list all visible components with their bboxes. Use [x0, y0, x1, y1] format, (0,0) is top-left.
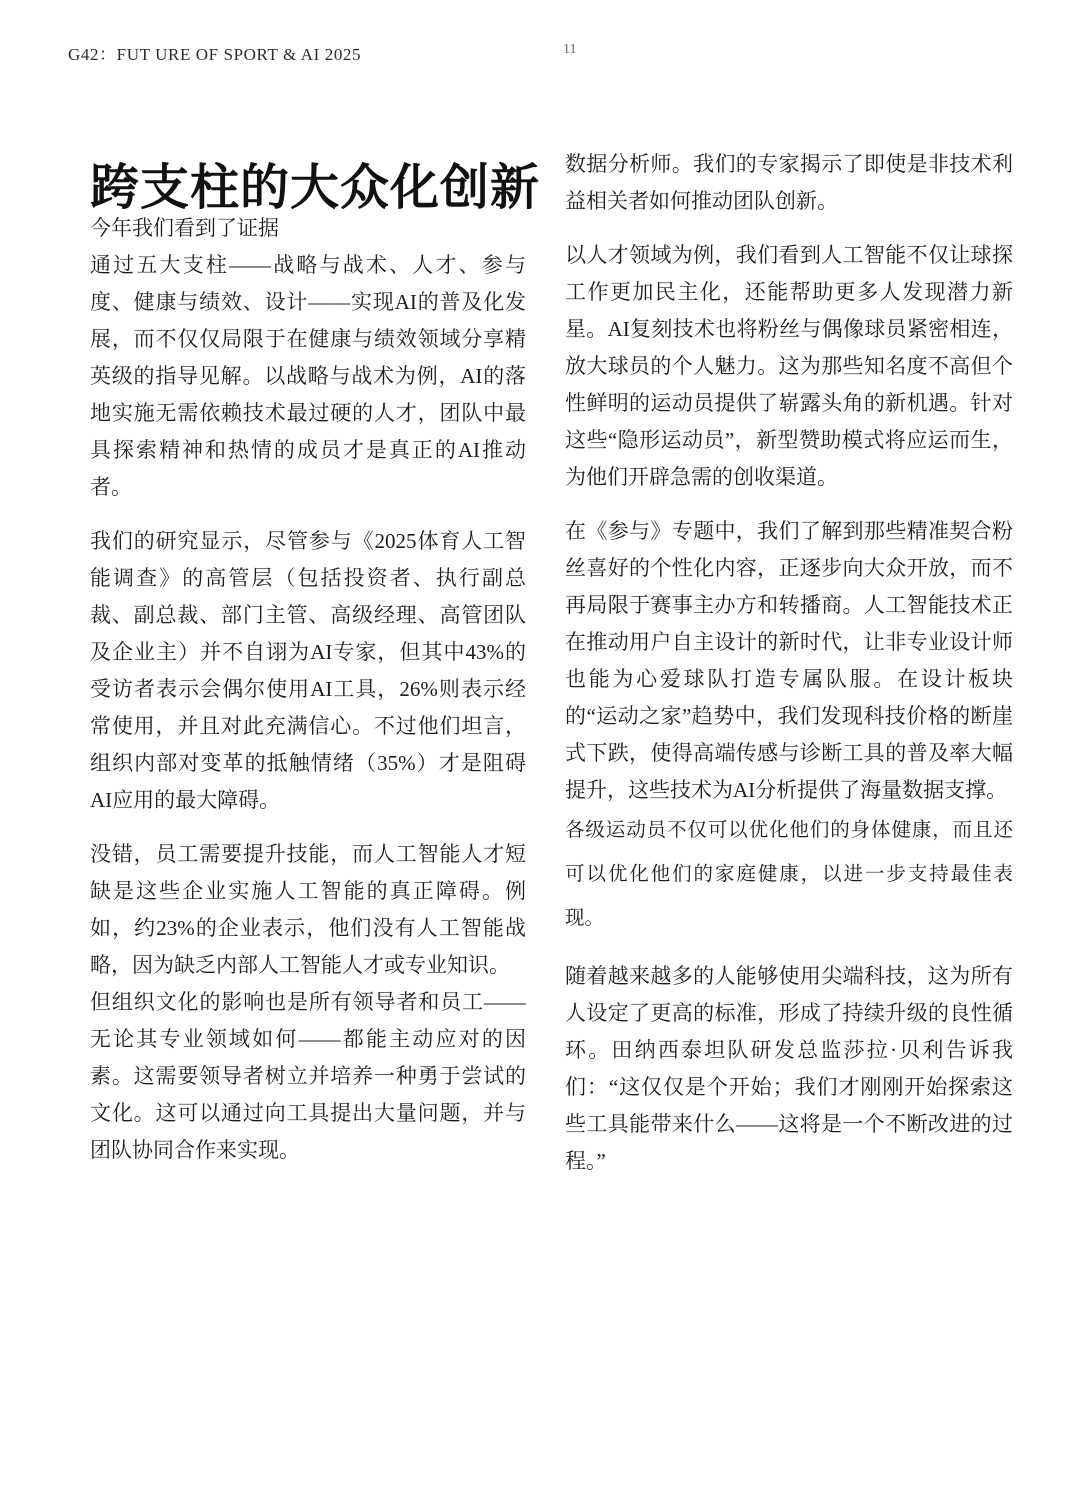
paragraph: 随着越来越多的人能够使用尖端科技，这为所有人设定了更高的标准，形成了持续升级的良… [565, 958, 1013, 1180]
paragraph: 数据分析师。我们的专家揭示了即使是非技术利益相关者如何推动团队创新。 [565, 146, 1013, 220]
document-header-title: G42：FUT URE OF SPORT & AI 2025 [68, 40, 361, 65]
paragraph: 通过五大支柱——战略与战术、人才、参与度、健康与绩效、设计——实现AI的普及化发… [90, 247, 526, 506]
paragraph-left-lead: 今年我们看到了证据 [90, 210, 526, 247]
paragraph: 以人才领域为例，我们看到人工智能不仅让球探工作更加民主化，还能帮助更多人发现潜力… [565, 237, 1013, 496]
article-title: 跨支柱的大众化创新 [90, 149, 540, 219]
page-number: 11 [563, 42, 576, 58]
right-column: 数据分析师。我们的专家揭示了即使是非技术利益相关者如何推动团队创新。 以人才领域… [565, 146, 1013, 1197]
document-page: G42：FUT URE OF SPORT & AI 2025 11 跨支柱的大众… [0, 0, 1080, 1493]
paragraph: 我们的研究显示，尽管参与《2025体育人工智能调查》的高管层（包括投资者、执行副… [90, 523, 526, 819]
paragraph: 但组织文化的影响也是所有领导者和员工——无论其专业领域如何——都能主动应对的因素… [90, 984, 526, 1169]
paragraph: 在《参与》专题中，我们了解到那些精准契合粉丝喜好的个性化内容，正逐步向大众开放，… [565, 513, 1013, 809]
left-column: 今年我们看到了证据 通过五大支柱——战略与战术、人才、参与度、健康与绩效、设计—… [90, 210, 526, 1186]
paragraph: 各级运动员不仅可以优化他们的身体健康，而且还可以优化他们的家庭健康，以进一步支持… [565, 809, 1013, 941]
paragraph: 没错，员工需要提升技能，而人工智能人才短缺是这些企业实施人工智能的真正障碍。例如… [90, 836, 526, 984]
